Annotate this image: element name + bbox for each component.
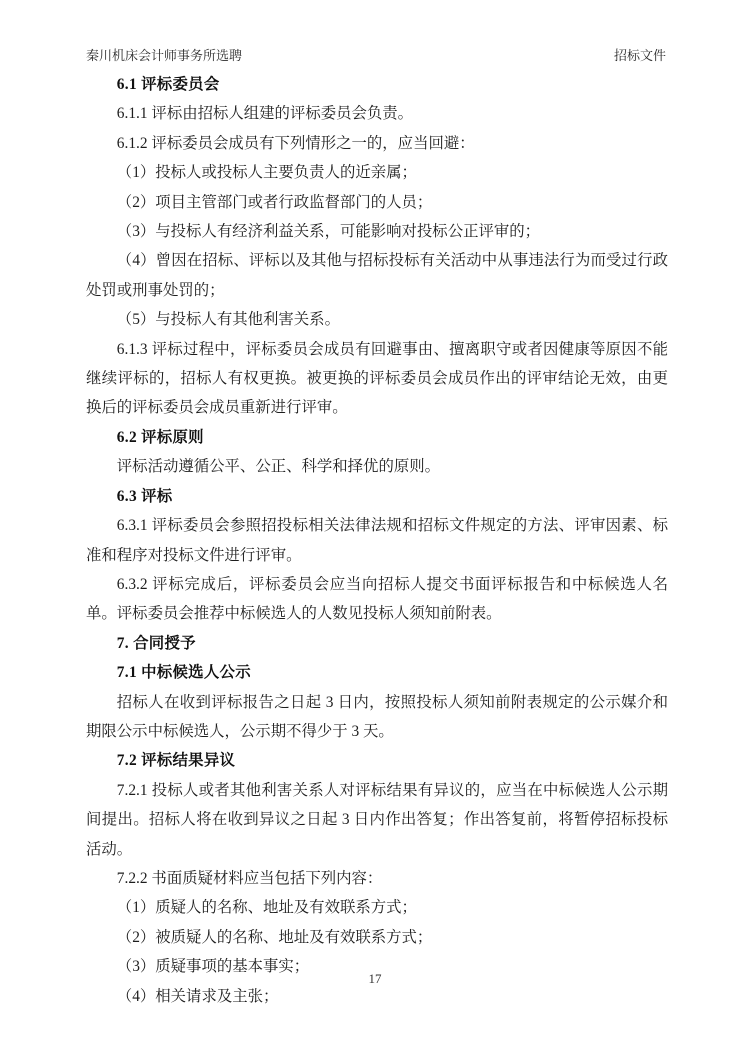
paragraph: （2）被质疑人的名称、地址及有效联系方式； bbox=[86, 923, 668, 952]
paragraph: 6.3.1 评标委员会参照招投标相关法律法规和招标文件规定的方法、评审因素、标准… bbox=[86, 511, 668, 570]
paragraph: （1）投标人或投标人主要负责人的近亲属； bbox=[86, 158, 668, 187]
paragraph: 6.1.1 评标由招标人组建的评标委员会负责。 bbox=[86, 99, 668, 128]
section-heading: 7.1 中标候选人公示 bbox=[86, 658, 668, 687]
section-heading: 6.1 评标委员会 bbox=[86, 70, 668, 99]
paragraph: （1）质疑人的名称、地址及有效联系方式； bbox=[86, 893, 668, 922]
paragraph: 7.2.1 投标人或者其他利害关系人对评标结果有异议的，应当在中标候选人公示期间… bbox=[86, 776, 668, 864]
section-heading: 6.3 评标 bbox=[86, 482, 668, 511]
paragraph: 6.1.2 评标委员会成员有下列情形之一的，应当回避： bbox=[86, 129, 668, 158]
paragraph: （5）与投标人有其他利害关系。 bbox=[86, 305, 668, 334]
page-number: 17 bbox=[369, 971, 382, 986]
paragraph: 6.3.2 评标完成后，评标委员会应当向招标人提交书面评标报告和中标候选人名单。… bbox=[86, 570, 668, 629]
header-left-title: 秦川机床会计师事务所选聘 bbox=[86, 48, 242, 63]
page-footer: 17 bbox=[0, 971, 750, 987]
paragraph: （3）与投标人有经济利益关系，可能影响对投标公正评审的； bbox=[86, 217, 668, 246]
section-heading: 6.2 评标原则 bbox=[86, 423, 668, 452]
paragraph: 7.2.2 书面质疑材料应当包括下列内容： bbox=[86, 864, 668, 893]
paragraph: （4）曾因在招标、评标以及其他与招标投标有关活动中从事违法行为而受过行政处罚或刑… bbox=[86, 246, 668, 305]
document-page: 秦川机床会计师事务所选聘 招标文件 6.1 评标委员会6.1.1 评标由招标人组… bbox=[0, 0, 750, 1060]
document-body: 6.1 评标委员会6.1.1 评标由招标人组建的评标委员会负责。6.1.2 评标… bbox=[86, 70, 668, 1011]
paragraph: （2）项目主管部门或者行政监督部门的人员； bbox=[86, 188, 668, 217]
page-header: 秦川机床会计师事务所选聘 招标文件 bbox=[86, 48, 666, 63]
section-heading: 7. 合同授予 bbox=[86, 629, 668, 658]
paragraph: 评标活动遵循公平、公正、科学和择优的原则。 bbox=[86, 452, 668, 481]
header-right-title: 招标文件 bbox=[614, 48, 666, 63]
section-heading: 7.2 评标结果异议 bbox=[86, 746, 668, 775]
paragraph: 6.1.3 评标过程中，评标委员会成员有回避事由、擅离职守或者因健康等原因不能继… bbox=[86, 335, 668, 423]
paragraph: 招标人在收到评标报告之日起 3 日内，按照投标人须知前附表规定的公示媒介和期限公… bbox=[86, 688, 668, 747]
